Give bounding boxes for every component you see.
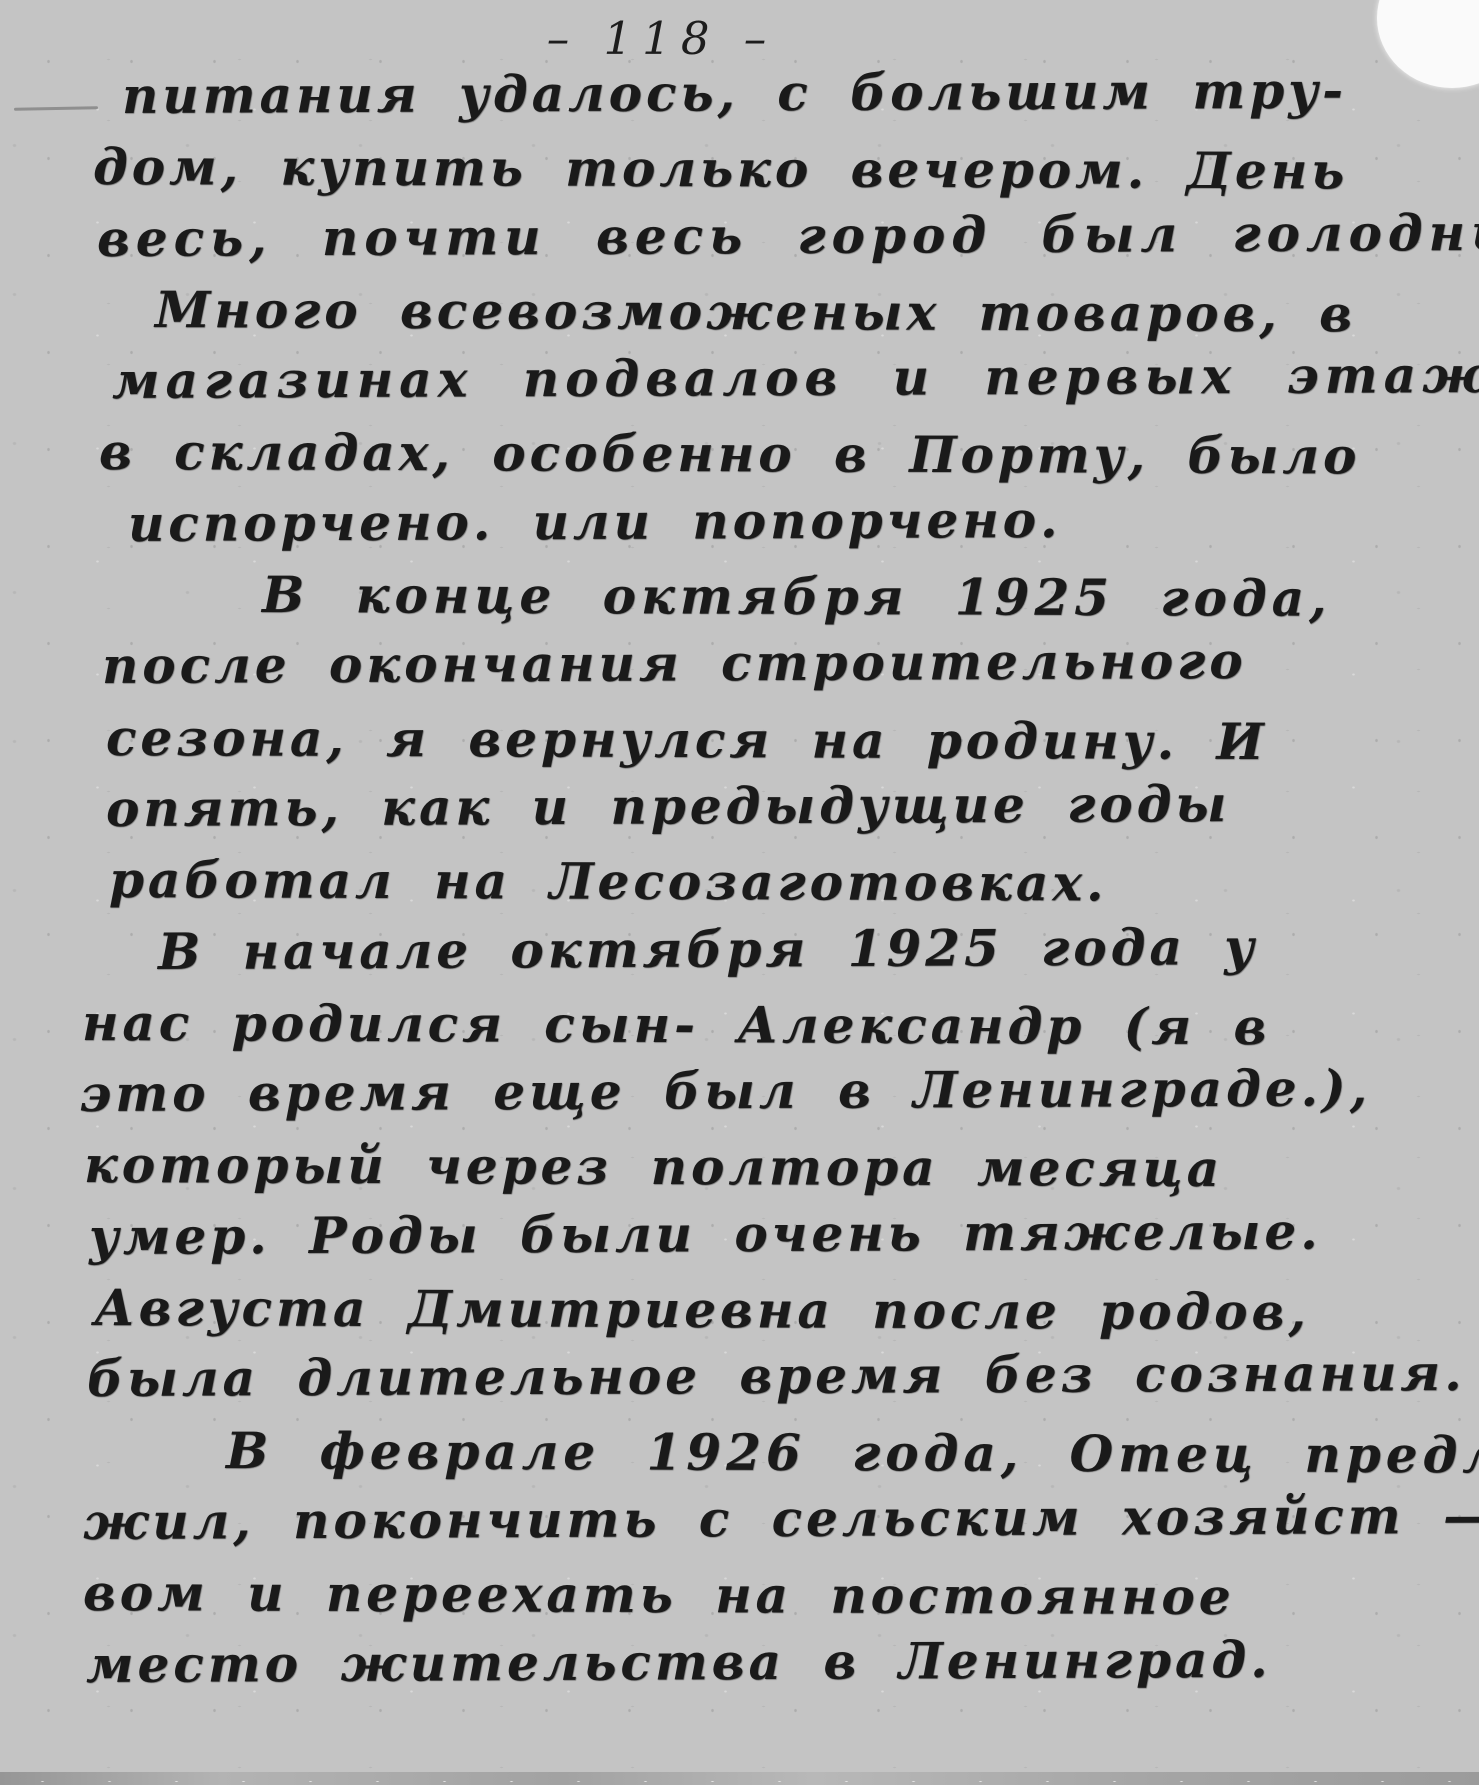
text-line: жил, покончить с сельским хозяйст — <box>83 1479 1479 1557</box>
text-line: Много всевозможеных товаров, в <box>155 274 1479 350</box>
text-line: В феврале 1926 года, Отец предло- <box>226 1415 1479 1491</box>
text-line: опять, как и предыдущие годы <box>106 767 1479 845</box>
text-line: дом, купить только вечером. День <box>93 131 1479 207</box>
manuscript-page: – 118 – питания удалось, с большим тру-д… <box>0 0 1479 1785</box>
text-line: работал на Лесозаготовках. <box>109 844 1479 920</box>
text-line: место жительства в Ленинград. <box>86 1622 1479 1700</box>
text-line: умер. Роды были очень тяжелые. <box>89 1194 1479 1272</box>
text-line: сезона, я вернулся на родину. И <box>106 702 1479 778</box>
text-line: В начале октября 1925 года у <box>158 909 1479 986</box>
text-line: который через полтора месяца <box>84 1129 1479 1205</box>
text-line: В конце октября 1925 года, <box>262 559 1479 635</box>
text-line: это время еще был в Ленинграде.), <box>79 1052 1479 1130</box>
handwritten-text-block: питания удалось, с большим тру-дом, купи… <box>0 60 1479 1700</box>
text-line: вом и переехать на постоянное <box>83 1557 1479 1633</box>
text-line: испорчено. или попорчено. <box>128 482 1479 560</box>
text-line: в складах, особенно в Порту, было <box>99 416 1479 492</box>
text-line: после окончания строительного <box>102 624 1479 702</box>
scan-bottom-edge <box>0 1772 1479 1785</box>
text-line: магазинах подвалов и первых этажей <box>112 339 1479 417</box>
text-line: была длительное время без сознания. <box>87 1337 1479 1415</box>
text-line: весь, почти весь город был голодным. <box>97 196 1479 274</box>
text-line: питания удалось, с большим тру- <box>122 54 1479 132</box>
